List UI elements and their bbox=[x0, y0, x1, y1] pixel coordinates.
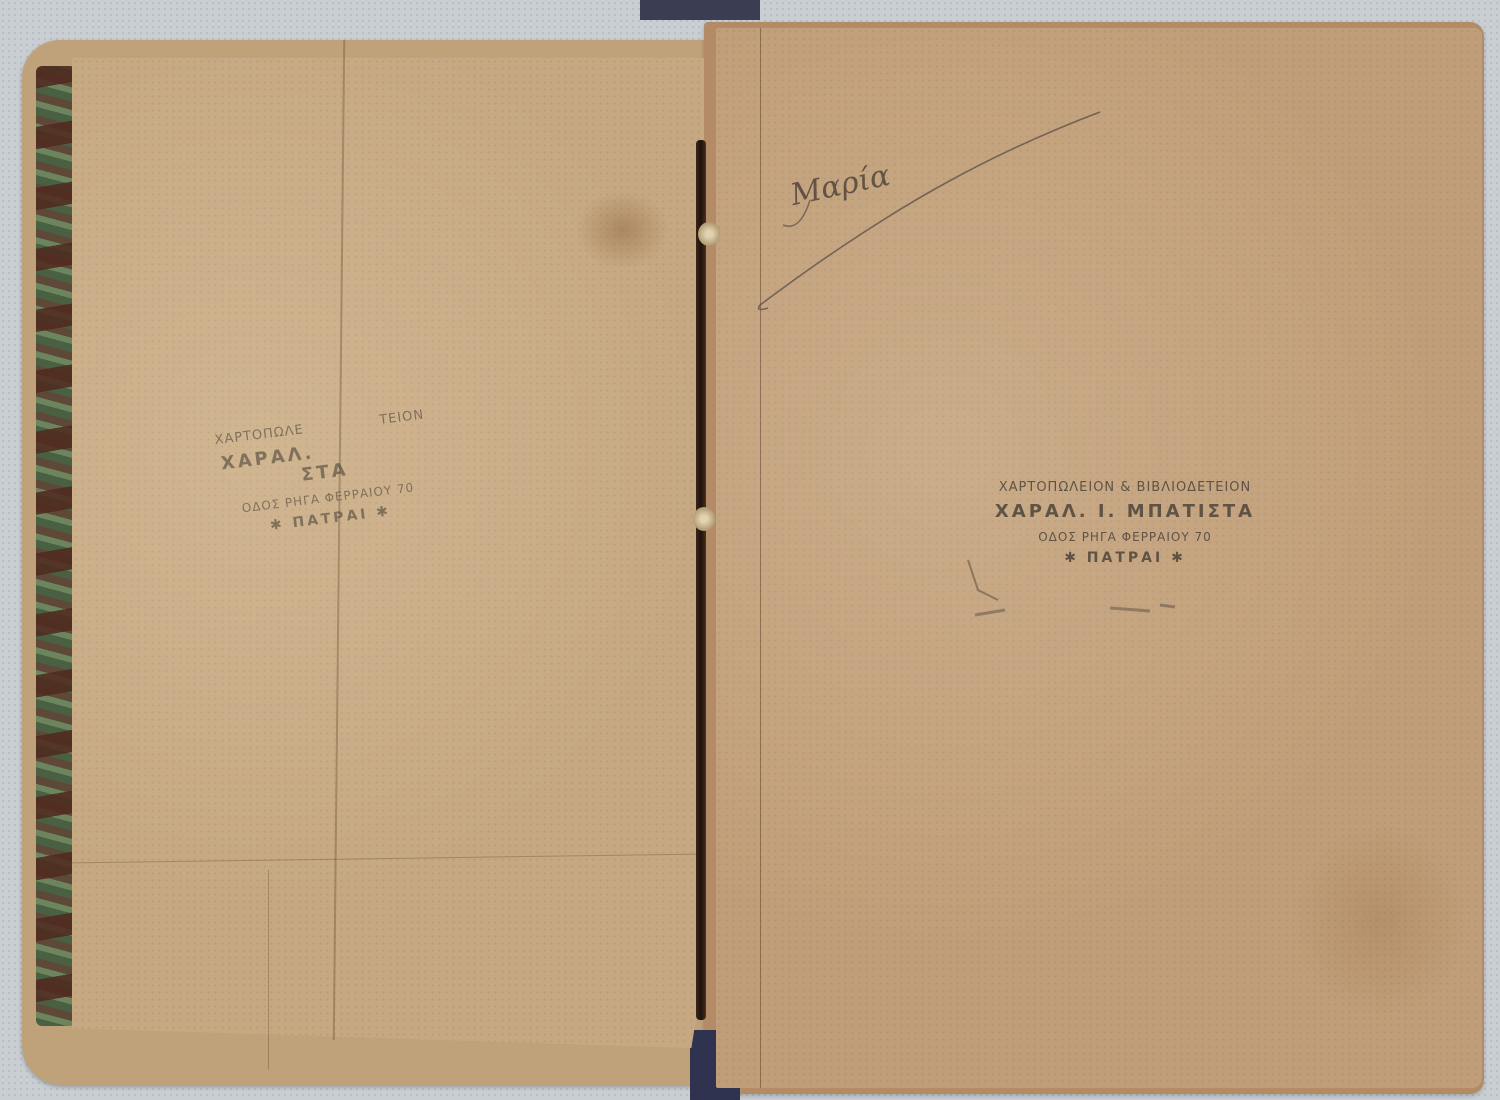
stamp-shop-type: ΧΑΡΤΟΠΩΛΕΙΟΝ & ΒΙΒΛΙΟΔΕΤΕΙΟΝ bbox=[970, 480, 1280, 495]
left-page-tear bbox=[268, 870, 269, 1070]
spine-gutter bbox=[696, 140, 706, 1020]
book-photo: ΧΑΡΤΟΠΩΛΕ ░░░░░░ ΤΕΙΟΝ ΧΑΡΑΛ. ░░░░░░ ΣΤΑ… bbox=[0, 0, 1500, 1100]
flyleaf-hinge-strip bbox=[716, 28, 761, 1088]
right-bookseller-stamp: ΧΑΡΤΟΠΩΛΕΙΟΝ & ΒΙΒΛΙΟΔΕΤΕΙΟΝ ΧΑΡΑΛ. Ι. Μ… bbox=[970, 480, 1280, 566]
stamp-city: ✱ ΠΑΤΡΑΙ ✱ bbox=[970, 550, 1280, 566]
spine-cloth-top bbox=[640, 0, 760, 20]
marbled-paper-edge bbox=[36, 66, 76, 1026]
stamp-left-line2b: ΣΤΑ bbox=[300, 459, 350, 486]
binding-thread-knot bbox=[693, 507, 715, 531]
faint-stain bbox=[1290, 820, 1470, 1020]
stamp-address: ΟΔΟΣ ΡΗΓΑ ΦΕΡΡΑΙΟΥ 70 bbox=[970, 530, 1280, 544]
stamp-owner-name: ΧΑΡΑΛ. Ι. ΜΠΑΤΙΣΤΑ bbox=[970, 501, 1280, 522]
water-stain bbox=[575, 190, 670, 270]
binding-thread-knot bbox=[698, 222, 720, 246]
